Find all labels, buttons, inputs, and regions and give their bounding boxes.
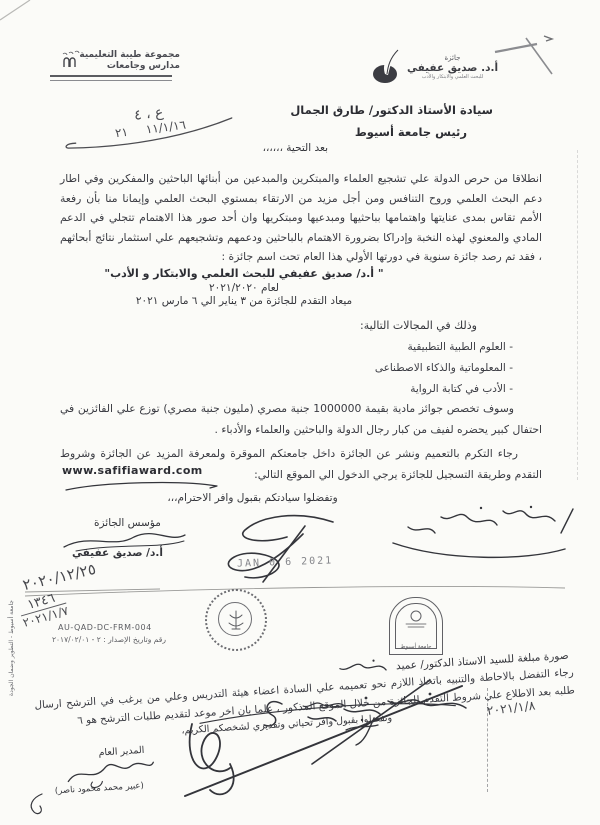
field-item: العلوم الطبية التطبيقية bbox=[375, 337, 513, 358]
fields-intro: وذلك في المجالات التالية: bbox=[360, 319, 477, 332]
fields-list: العلوم الطبية التطبيقية المعلوماتية والذ… bbox=[375, 337, 513, 400]
approval-signature-scribble bbox=[205, 508, 350, 583]
university-round-stamp bbox=[205, 589, 267, 651]
taiba-logo-icon bbox=[61, 51, 79, 71]
award-website: www.safifiaward.com bbox=[62, 464, 203, 477]
fold-dashed-line bbox=[487, 688, 488, 792]
founder-title: مؤسس الجائزة bbox=[94, 517, 161, 529]
handwritten-mark2: ٢١ bbox=[114, 125, 129, 140]
page-corner-mark bbox=[0, 0, 60, 30]
award-deadline: ميعاد التقدم للجائزة من ٣ يناير الي ٦ ما… bbox=[58, 295, 430, 307]
corner-squiggle bbox=[20, 790, 50, 818]
recipient-name: سيادة الأستاذ الدكتور/ طارق الجمال bbox=[290, 99, 493, 121]
award-logo: جائزة أ.د. صديق عفيفي للبحث العلمي والاب… bbox=[368, 48, 503, 86]
greeting: بعد التحية ،،،،،، bbox=[263, 142, 328, 154]
sender-stamp-rule bbox=[50, 75, 172, 81]
arch-stamp-emblem bbox=[402, 608, 430, 628]
sender-stamp: مجموعة طيبة التعليمية مدارس وجامعات bbox=[50, 50, 180, 81]
body-paragraph-2: وسوف تخصص جوائز مادية بقيمة 1000000 جنية… bbox=[60, 398, 542, 440]
award-year: لعام ٢٠٢١/٢٠٢٠ bbox=[58, 282, 430, 294]
sender-stamp-name: مجموعة طيبة التعليمية bbox=[79, 50, 180, 61]
bottom-signature-scribbles bbox=[130, 668, 480, 813]
recipient-block: سيادة الأستاذ الدكتور/ طارق الجمال رئيس … bbox=[290, 99, 493, 143]
form-code: AU-QAD-DC-FRM-004 bbox=[58, 623, 152, 632]
field-item: الأدب في كتابة الرواية bbox=[375, 379, 513, 400]
quill-icon bbox=[368, 48, 402, 86]
side-margin-text: جامعة أسيوط - التطوير وضمان الجودة bbox=[8, 600, 15, 710]
award-name: " أ.د/ صديق عفيفي للبحث العلمي والابتكار… bbox=[58, 267, 430, 280]
award-logo-name: أ.د. صديق عفيفي bbox=[402, 62, 503, 74]
sender-stamp-sub: مدارس وجامعات bbox=[79, 61, 180, 72]
form-issue-line: رقم وتاريخ الإصدار : ٢ - ٢٠١٧/٠٢/٠١ bbox=[52, 635, 166, 644]
award-logo-tagline: للبحث العلمي والابتكار والأدب bbox=[402, 74, 503, 80]
recipient-title: رئيس جامعة أسيوط bbox=[290, 121, 493, 143]
page-fold-line bbox=[577, 150, 578, 480]
round-stamp-emblem bbox=[226, 609, 246, 631]
award-logo-word: جائزة bbox=[402, 54, 503, 62]
scan-line bbox=[20, 580, 570, 600]
handwritten-routing-note: ع ، ٤ ٢١ ١١/١/١٦ bbox=[58, 95, 241, 155]
handwritten-annotation bbox=[385, 503, 580, 565]
award-name-block: " أ.د/ صديق عفيفي للبحث العلمي والابتكار… bbox=[58, 267, 430, 307]
field-item: المعلوماتية والذكاء الاصطناعى bbox=[375, 358, 513, 379]
body-paragraph-1: انطلاقا من حرص الدولة علي تشجيع العلماء … bbox=[60, 169, 542, 267]
assiut-university-arch-stamp: جامعة أسيوط bbox=[389, 597, 443, 655]
closing-line: وتفضلوا سيادتكم بقبول وافر الاحترام،،، bbox=[150, 492, 355, 504]
arch-stamp-label: جامعة أسيوط bbox=[390, 644, 442, 650]
handwritten-initials bbox=[338, 712, 386, 752]
founder-name: أ.د/ صديق عفيفي bbox=[72, 547, 163, 559]
scanned-letter-page: مجموعة طيبة التعليمية مدارس وجامعات جائز… bbox=[0, 0, 600, 825]
